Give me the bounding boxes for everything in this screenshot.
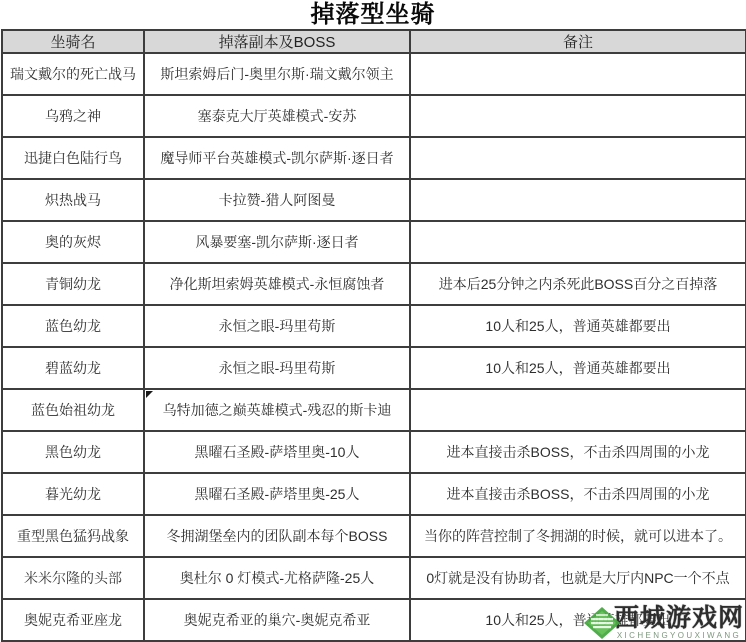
table-row: 乌鸦之神 塞泰克大厅英雄模式-安苏	[2, 95, 746, 137]
note-cell	[410, 137, 746, 179]
page-title: 掉落型坐骑	[0, 0, 746, 29]
table-row: 蓝色幼龙 永恒之眼-玛里苟斯 10人和25人，普通英雄都要出	[2, 305, 746, 347]
header-mount-name: 坐骑名	[2, 30, 144, 53]
note-cell: 10人和25人，普通英雄都要出	[410, 305, 746, 347]
dungeon-boss-cell: 永恒之眼-玛里苟斯	[144, 347, 410, 389]
mount-name-cell: 蓝色幼龙	[2, 305, 144, 347]
table-row: 奥妮克希亚座龙 奥妮克希亚的巢穴-奥妮克希亚 10人和25人，普通英雄都要出	[2, 599, 746, 641]
mount-drop-table: 坐骑名 掉落副本及BOSS 备注 瑞文戴尔的死亡战马 斯坦索姆后门-奥里尔斯·瑞…	[1, 29, 746, 642]
mount-name-cell: 黑色幼龙	[2, 431, 144, 473]
mount-name-cell: 奥的灰烬	[2, 221, 144, 263]
mount-name-cell: 青铜幼龙	[2, 263, 144, 305]
note-cell: 进本直接击杀BOSS，不击杀四周围的小龙	[410, 473, 746, 515]
note-cell	[410, 221, 746, 263]
table-row: 碧蓝幼龙 永恒之眼-玛里苟斯 10人和25人，普通英雄都要出	[2, 347, 746, 389]
dungeon-boss-cell: 永恒之眼-玛里苟斯	[144, 305, 410, 347]
dungeon-boss-cell: 黑曜石圣殿-萨塔里奥-25人	[144, 473, 410, 515]
table-row: 米米尔隆的头部 奥杜尔 0 灯模式-尤格萨隆-25人 0灯就是没有协助者，也就是…	[2, 557, 746, 599]
table-row: 黑色幼龙 黑曜石圣殿-萨塔里奥-10人 进本直接击杀BOSS，不击杀四周围的小龙	[2, 431, 746, 473]
mount-name-cell: 瑞文戴尔的死亡战马	[2, 53, 144, 95]
dungeon-boss-cell: 净化斯坦索姆英雄模式-永恒腐蚀者	[144, 263, 410, 305]
table-row: 炽热战马 卡拉赞-猎人阿图曼	[2, 179, 746, 221]
note-cell	[410, 179, 746, 221]
dungeon-boss-cell: 奥杜尔 0 灯模式-尤格萨隆-25人	[144, 557, 410, 599]
dungeon-boss-cell: 奥妮克希亚的巢穴-奥妮克希亚	[144, 599, 410, 641]
table-row: 青铜幼龙 净化斯坦索姆英雄模式-永恒腐蚀者 进本后25分钟之内杀死此BOSS百分…	[2, 263, 746, 305]
note-cell	[410, 53, 746, 95]
note-cell: 10人和25人，普通英雄都要出	[410, 347, 746, 389]
page: 掉落型坐骑 坐骑名 掉落副本及BOSS 备注 瑞文戴尔的死亡战马 斯坦索姆后门-…	[0, 0, 746, 642]
mount-name-cell: 乌鸦之神	[2, 95, 144, 137]
dungeon-boss-cell: 卡拉赞-猎人阿图曼	[144, 179, 410, 221]
mount-name-cell: 炽热战马	[2, 179, 144, 221]
dungeon-boss-cell: 风暴要塞-凯尔萨斯·逐日者	[144, 221, 410, 263]
dungeon-boss-cell: 魔导师平台英雄模式-凯尔萨斯·逐日者	[144, 137, 410, 179]
table-row: 瑞文戴尔的死亡战马 斯坦索姆后门-奥里尔斯·瑞文戴尔领主	[2, 53, 746, 95]
mount-name-cell: 暮光幼龙	[2, 473, 144, 515]
note-cell	[410, 389, 746, 431]
table-row: 重型黑色猛犸战象 冬拥湖堡垒内的团队副本每个BOSS 当你的阵营控制了冬拥湖的时…	[2, 515, 746, 557]
dungeon-boss-text: 乌特加德之巅英雄模式-残忍的斯卡迪	[163, 402, 392, 418]
table-row: 奥的灰烬 风暴要塞-凯尔萨斯·逐日者	[2, 221, 746, 263]
dungeon-boss-cell: 斯坦索姆后门-奥里尔斯·瑞文戴尔领主	[144, 53, 410, 95]
header-row: 坐骑名 掉落副本及BOSS 备注	[2, 30, 746, 53]
table-row: 暮光幼龙 黑曜石圣殿-萨塔里奥-25人 进本直接击杀BOSS，不击杀四周围的小龙	[2, 473, 746, 515]
dungeon-boss-cell: 黑曜石圣殿-萨塔里奥-10人	[144, 431, 410, 473]
header-notes: 备注	[410, 30, 746, 53]
mount-name-cell: 碧蓝幼龙	[2, 347, 144, 389]
note-cell	[410, 95, 746, 137]
table-row: 迅捷白色陆行鸟 魔导师平台英雄模式-凯尔萨斯·逐日者	[2, 137, 746, 179]
dungeon-boss-cell: 乌特加德之巅英雄模式-残忍的斯卡迪	[144, 389, 410, 431]
note-cell: 进本后25分钟之内杀死此BOSS百分之百掉落	[410, 263, 746, 305]
dungeon-boss-cell: 冬拥湖堡垒内的团队副本每个BOSS	[144, 515, 410, 557]
mount-name-cell: 迅捷白色陆行鸟	[2, 137, 144, 179]
note-cell: 0灯就是没有协助者，也就是大厅内NPC一个不点	[410, 557, 746, 599]
dungeon-boss-cell: 塞泰克大厅英雄模式-安苏	[144, 95, 410, 137]
table-row: 蓝色始祖幼龙 乌特加德之巅英雄模式-残忍的斯卡迪	[2, 389, 746, 431]
mount-name-cell: 重型黑色猛犸战象	[2, 515, 144, 557]
mount-name-cell: 米米尔隆的头部	[2, 557, 144, 599]
comment-marker-icon	[146, 391, 153, 398]
header-dungeon-boss: 掉落副本及BOSS	[144, 30, 410, 53]
mount-name-cell: 奥妮克希亚座龙	[2, 599, 144, 641]
note-cell: 10人和25人，普通英雄都要出	[410, 599, 746, 641]
note-cell: 当你的阵营控制了冬拥湖的时候，就可以进本了。	[410, 515, 746, 557]
note-cell: 进本直接击杀BOSS，不击杀四周围的小龙	[410, 431, 746, 473]
mount-name-cell: 蓝色始祖幼龙	[2, 389, 144, 431]
